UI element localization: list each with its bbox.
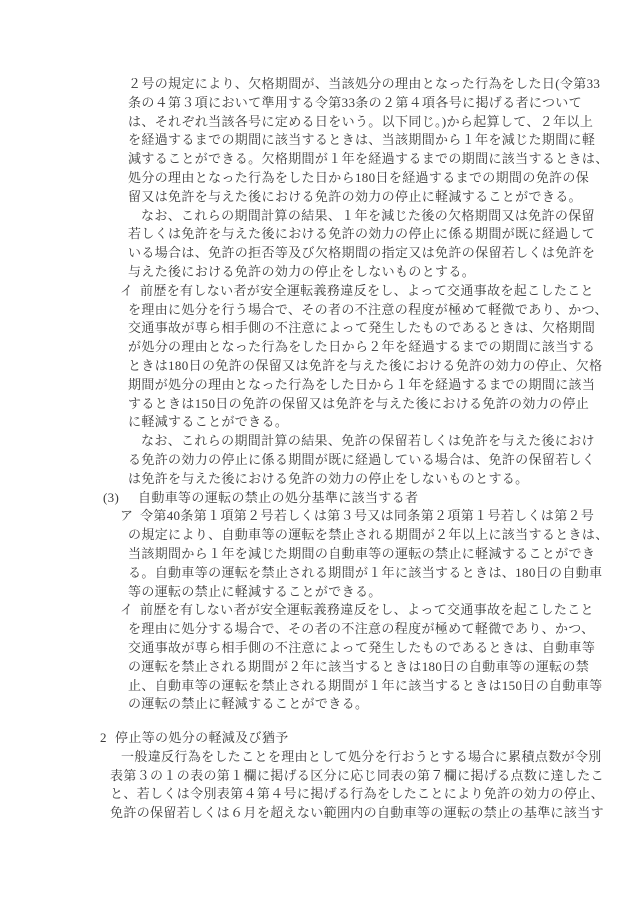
doc-line: ２号の規定により、欠格期間が、当該処分の理由となった行為をした日(令第33 [0, 75, 630, 94]
doc-line-text: 等の運転の禁止に軽減することができる。 [128, 584, 382, 599]
doc-line: 若しくは免許を与えた後における免許の効力の停止に係る期間が既に経過して [0, 225, 630, 244]
doc-line: 交通事故が専ら相手側の不注意によって発生したものであるときは、欠格期間 [0, 319, 630, 338]
doc-line: の規定により、自動車等の運転を禁止される期間が２年以上に該当するときは、 [0, 526, 630, 545]
doc-line-text: が処分の理由となった行為をした日から２年を経過するまでの期間に該当する [128, 339, 595, 354]
doc-line-text: 止、自動車等の運転を禁止される期間が１年に該当するときは150日の自動車等 [128, 678, 602, 693]
doc-line: は、それぞれ当該各号に定める日をいう。以下同じ。)から起算して、２年以上 [0, 113, 630, 132]
item-marker: イ [120, 282, 133, 301]
doc-line-text: 表第３の１の表の第１欄に掲げる区分に応じ同表の第７欄に掲げる点数に達したこ [110, 768, 604, 783]
doc-line: ときは180日の免許の保留又は免許を与えた後における免許の効力の停止、欠格 [0, 357, 630, 376]
doc-line-text: 処分の理由となった行為をした日から180日を経過するまでの期間の免許の保 [128, 170, 589, 185]
doc-line-text: 交通事故が専ら相手側の不注意によって発生したものであるときは、自動車等 [128, 640, 595, 655]
doc-line-text: 若しくは免許を与えた後における免許の効力の停止に係る期間が既に経過して [128, 226, 595, 241]
doc-line-text: なお、これらの期間計算の結果、１年を減じた後の欠格期間又は免許の保留 [141, 208, 595, 223]
doc-line: と、若しくは令別表第４第４号に掲げる行為をしたことにより免許の効力の停止、 [0, 785, 630, 804]
doc-line-text: 一般違反行為をしたことを理由として処分を行おうとする場合に累積点数が令別 [121, 749, 602, 764]
doc-line: 処分の理由となった行為をした日から180日を経過するまでの期間の免許の保 [0, 169, 630, 188]
doc-line: 留又は免許を与えた後における免許の効力の停止に軽減することができる。 [0, 188, 630, 207]
doc-line: 免許の保留若しくは６月を超えない範囲内の自動車等の運転の禁止の基準に該当す [0, 804, 630, 823]
doc-line: いる場合は、免許の拒否等及び欠格期間の指定又は免許の保留若しくは免許を [0, 244, 630, 263]
item-marker: イ [120, 601, 133, 620]
doc-line: 条の４第３項において準用する令第33条の２第４項各号に掲げる者について [0, 94, 630, 113]
doc-line: に軽減することができる。 [0, 413, 630, 432]
doc-line: イ前歴を有しない者が安全運転義務違反をし、よって交通事故を起こしたこと [0, 282, 630, 301]
doc-line: 交通事故が専ら相手側の不注意によって発生したものであるときは、自動車等 [0, 639, 630, 658]
doc-line-text: 免許の保留若しくは６月を超えない範囲内の自動車等の運転の禁止の基準に該当す [110, 805, 604, 820]
doc-line-text: 留又は免許を与えた後における免許の効力の停止に軽減することができる。 [128, 189, 582, 204]
doc-line: 表第３の１の表の第１欄に掲げる区分に応じ同表の第７欄に掲げる点数に達したこ [0, 767, 630, 786]
doc-line: の運転を禁止される期間が２年に該当するときは180日の自動車等の運転の禁 [0, 658, 630, 677]
doc-line-text: 当該期間から１年を減じた期間の自動車等の運転の禁止に軽減することができ [128, 546, 595, 561]
doc-line-text: る。自動車等の運転を禁止される期間が１年に該当するときは、180日の自動車 [128, 565, 602, 580]
doc-line: 2停止等の処分の軽減及び猶予 [0, 729, 630, 748]
doc-line: 止、自動車等の運転を禁止される期間が１年に該当するときは150日の自動車等 [0, 677, 630, 696]
doc-line: イ前歴を有しない者が安全運転義務違反をし、よって交通事故を起こしたこと [0, 601, 630, 620]
doc-line-text: ２号の規定により、欠格期間が、当該処分の理由となった行為をした日(令第33 [128, 76, 600, 91]
doc-line-text: いる場合は、免許の拒否等及び欠格期間の指定又は免許の保留若しくは免許を [128, 245, 595, 260]
doc-line-text: 前歴を有しない者が安全運転義務違反をし、よって交通事故を起こしたこと [140, 602, 594, 617]
doc-line-text: 停止等の処分の軽減及び猶予 [115, 730, 289, 745]
doc-line-text: の規定により、自動車等の運転を禁止される期間が２年以上に該当するときは、 [128, 527, 609, 542]
doc-line: は免許を与えた後における免許の効力の停止をしないものとする。 [0, 470, 630, 489]
doc-line: 与えた後における免許の効力の停止をしないものとする。 [0, 263, 630, 282]
doc-line: なお、これらの期間計算の結果、１年を減じた後の欠格期間又は免許の保留 [0, 207, 630, 226]
doc-line-text: なお、これらの期間計算の結果、免許の保留若しくは免許を与えた後におけ [141, 433, 595, 448]
item-marker: ア [120, 507, 133, 526]
doc-line-text: を理由に処分を行う場合で、その者の不注意の程度が極めて軽微であり、かつ、 [128, 302, 608, 317]
doc-line: なお、これらの期間計算の結果、免許の保留若しくは免許を与えた後におけ [0, 432, 630, 451]
doc-line-text: を経過するまでの期間に該当するときは、当該期間から１年を減じた期間に軽 [128, 132, 595, 147]
doc-line: するときは150日の免許の保留又は免許を与えた後における免許の効力の停止 [0, 395, 630, 414]
doc-line: (3)自動車等の運転の禁止の処分基準に該当する者 [0, 489, 630, 508]
doc-line-text: 与えた後における免許の効力の停止をしないものとする。 [128, 264, 475, 279]
doc-line-text: 減することができる。欠格期間が１年を経過するまでの期間に該当するときは、 [128, 151, 609, 166]
doc-line: る。自動車等の運転を禁止される期間が１年に該当するときは、180日の自動車 [0, 564, 630, 583]
doc-line-text: は免許を与えた後における免許の効力の停止をしないものとする。 [128, 471, 529, 486]
doc-line-text: 交通事故が専ら相手側の不注意によって発生したものであるときは、欠格期間 [128, 320, 595, 335]
doc-line: 一般違反行為をしたことを理由として処分を行おうとする場合に累積点数が令別 [0, 748, 630, 767]
doc-line-text: る免許の効力の停止に係る期間が既に経過している場合は、免許の保留若しく [128, 452, 595, 467]
doc-line: る免許の効力の停止に係る期間が既に経過している場合は、免許の保留若しく [0, 451, 630, 470]
doc-line: 減することができる。欠格期間が１年を経過するまでの期間に該当するときは、 [0, 150, 630, 169]
doc-line-text: の運転の禁止に軽減することができる。 [128, 696, 368, 711]
doc-line: を経過するまでの期間に該当するときは、当該期間から１年を減じた期間に軽 [0, 131, 630, 150]
doc-line-text: は、それぞれ当該各号に定める日をいう。以下同じ。)から起算して、２年以上 [128, 114, 593, 129]
doc-line: を理由に処分する場合で、その者の不注意の程度が極めて軽微であり、かつ、 [0, 620, 630, 639]
doc-line-text: に軽減することができる。 [128, 414, 288, 429]
doc-line: 期間が処分の理由となった行為をした日から１年を経過するまでの期間に該当 [0, 376, 630, 395]
doc-line: の運転の禁止に軽減することができる。 [0, 695, 630, 714]
doc-line: 当該期間から１年を減じた期間の自動車等の運転の禁止に軽減することができ [0, 545, 630, 564]
document-page: ２号の規定により、欠格期間が、当該処分の理由となった行為をした日(令第33条の４… [0, 0, 630, 903]
doc-line-text: 期間が処分の理由となった行為をした日から１年を経過するまでの期間に該当 [128, 377, 595, 392]
doc-line-text: の運転を禁止される期間が２年に該当するときは180日の自動車等の運転の禁 [128, 659, 589, 674]
doc-line: 等の運転の禁止に軽減することができる。 [0, 583, 630, 602]
doc-line-text: 令第40条第１項第２号若しくは第３号又は同条第２項第１号若しくは第２号 [140, 508, 594, 523]
doc-line: ア令第40条第１項第２号若しくは第３号又は同条第２項第１号若しくは第２号 [0, 507, 630, 526]
item-marker: 2 [100, 729, 107, 748]
doc-line-text: を理由に処分する場合で、その者の不注意の程度が極めて軽微であり、かつ、 [128, 621, 594, 636]
doc-line: が処分の理由となった行為をした日から２年を経過するまでの期間に該当する [0, 338, 630, 357]
doc-line-text: 前歴を有しない者が安全運転義務違反をし、よって交通事故を起こしたこと [140, 283, 594, 298]
doc-line-text: と、若しくは令別表第４第４号に掲げる行為をしたことにより免許の効力の停止、 [110, 786, 604, 801]
doc-line-text: 条の４第３項において準用する令第33条の２第４項各号に掲げる者について [128, 95, 582, 110]
doc-line-text: するときは150日の免許の保留又は免許を与えた後における免許の効力の停止 [128, 396, 589, 411]
doc-line-text: 自動車等の運転の禁止の処分基準に該当する者 [138, 490, 418, 505]
doc-line: を理由に処分を行う場合で、その者の不注意の程度が極めて軽微であり、かつ、 [0, 301, 630, 320]
doc-line-text: ときは180日の免許の保留又は免許を与えた後における免許の効力の停止、欠格 [128, 358, 602, 373]
item-marker: (3) [103, 489, 119, 508]
